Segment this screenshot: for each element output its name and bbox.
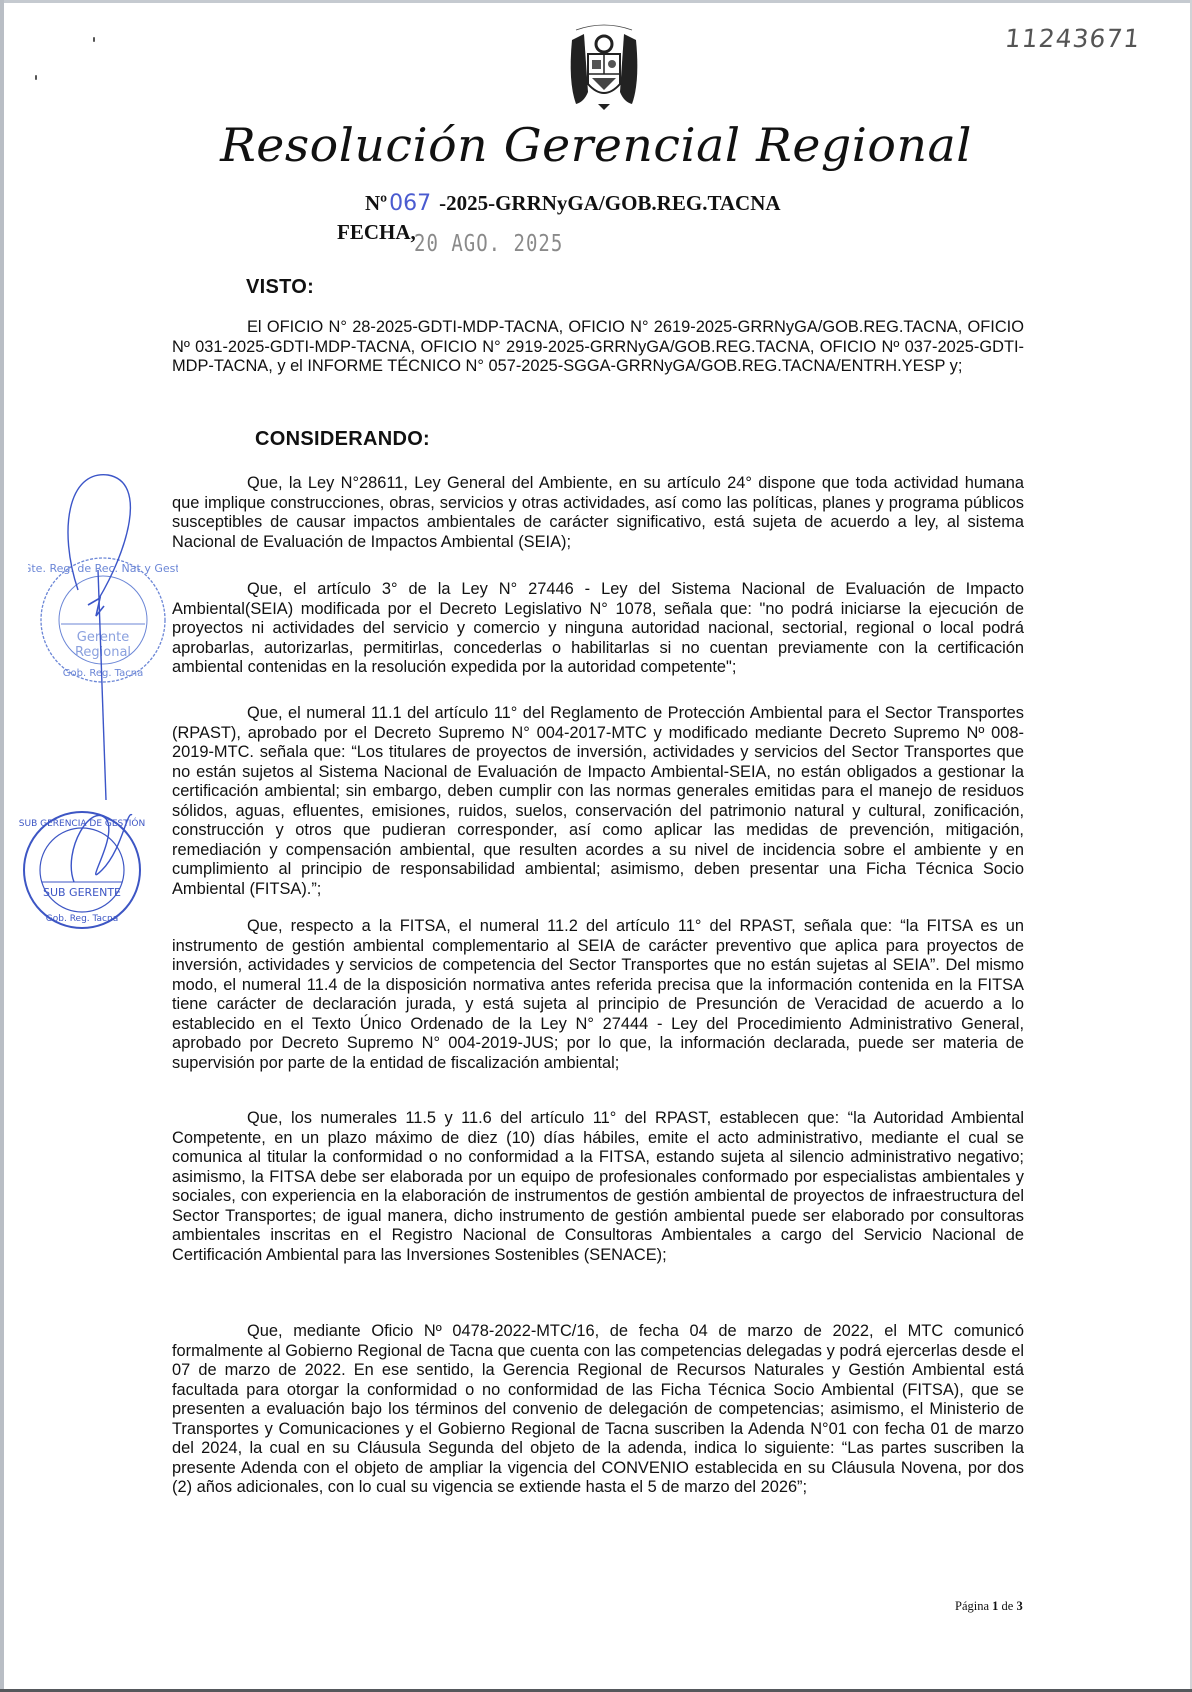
considerando-heading: CONSIDERANDO: bbox=[255, 428, 430, 451]
svg-text:Gerente: Gerente bbox=[77, 630, 129, 645]
handwritten-registry-number: 11243671 bbox=[1003, 24, 1141, 53]
resolution-number-handwritten: 067 bbox=[389, 191, 431, 216]
svg-text:Gob. Reg. Tacna: Gob. Reg. Tacna bbox=[46, 914, 118, 924]
visto-heading: VISTO: bbox=[246, 276, 314, 299]
fecha-label: FECHA, bbox=[337, 220, 416, 245]
page-of: de bbox=[1002, 1599, 1014, 1613]
considerando-paragraph-3: Que, el numeral 11.1 del artículo 11° de… bbox=[172, 704, 1024, 899]
resolution-number: Nº067-2025-GRRNyGA/GOB.REG.TACNA bbox=[365, 191, 781, 216]
considerando-paragraph-2: Que, el artículo 3° de la Ley N° 27446 -… bbox=[172, 580, 1024, 678]
date-stamp: 20 AGO. 2025 bbox=[414, 231, 563, 257]
paragraph-text: Que, los numerales 11.5 y 11.6 del artíc… bbox=[172, 1109, 1024, 1264]
svg-text:Gte. Reg. de Rec. Nat y Gest.: Gte. Reg. de Rec. Nat y Gest. bbox=[28, 562, 178, 575]
gerente-regional-stamp-icon: Gerente Regional Gte. Reg. de Rec. Nat y… bbox=[28, 470, 178, 810]
scan-edge-left bbox=[0, 0, 4, 1692]
considerando-paragraph-6: Que, mediante Oficio Nº 0478-2022-MTC/16… bbox=[172, 1322, 1024, 1498]
page-label: Página bbox=[955, 1599, 989, 1613]
considerando-paragraph-5: Que, los numerales 11.5 y 11.6 del artíc… bbox=[172, 1109, 1024, 1265]
page-indicator: Página 1 de 3 bbox=[955, 1599, 1023, 1614]
paragraph-text: Que, el numeral 11.1 del artículo 11° de… bbox=[172, 704, 1024, 898]
paragraph-text: Que, el artículo 3° de la Ley N° 27446 -… bbox=[172, 580, 1024, 676]
scan-speck bbox=[35, 75, 37, 80]
scan-edge-top bbox=[0, 0, 1192, 3]
paragraph-text: Que, respecto a la FITSA, el numeral 11.… bbox=[172, 917, 1024, 1072]
sub-gerente-stamp-icon: SUB GERENTE SUB GERENCIA DE GESTIÓN Gob.… bbox=[12, 790, 162, 940]
considerando-paragraph-4: Que, respecto a la FITSA, el numeral 11.… bbox=[172, 917, 1024, 1073]
page-current: 1 bbox=[992, 1599, 998, 1613]
svg-text:Gob. Reg. Tacna: Gob. Reg. Tacna bbox=[63, 668, 143, 679]
coat-of-arms-icon bbox=[554, 22, 654, 112]
page-total: 3 bbox=[1016, 1599, 1022, 1613]
paragraph-text: Que, la Ley N°28611, Ley General del Amb… bbox=[172, 474, 1024, 551]
scan-speck bbox=[93, 37, 95, 42]
svg-text:Regional: Regional bbox=[75, 645, 131, 660]
visto-paragraph: El OFICIO N° 28-2025-GDTI-MDP-TACNA, OFI… bbox=[172, 318, 1024, 377]
svg-text:SUB GERENTE: SUB GERENTE bbox=[43, 886, 121, 899]
resolution-number-suffix: -2025-GRRNyGA/GOB.REG.TACNA bbox=[439, 191, 780, 215]
considerando-paragraph-1: Que, la Ley N°28611, Ley General del Amb… bbox=[172, 474, 1024, 552]
visto-text: El OFICIO N° 28-2025-GDTI-MDP-TACNA, OFI… bbox=[172, 318, 1024, 375]
paragraph-text: Que, mediante Oficio Nº 0478-2022-MTC/16… bbox=[172, 1322, 1024, 1496]
resolution-number-prefix: Nº bbox=[365, 191, 387, 215]
document-title: Resolución Gerencial Regional bbox=[0, 118, 1192, 172]
